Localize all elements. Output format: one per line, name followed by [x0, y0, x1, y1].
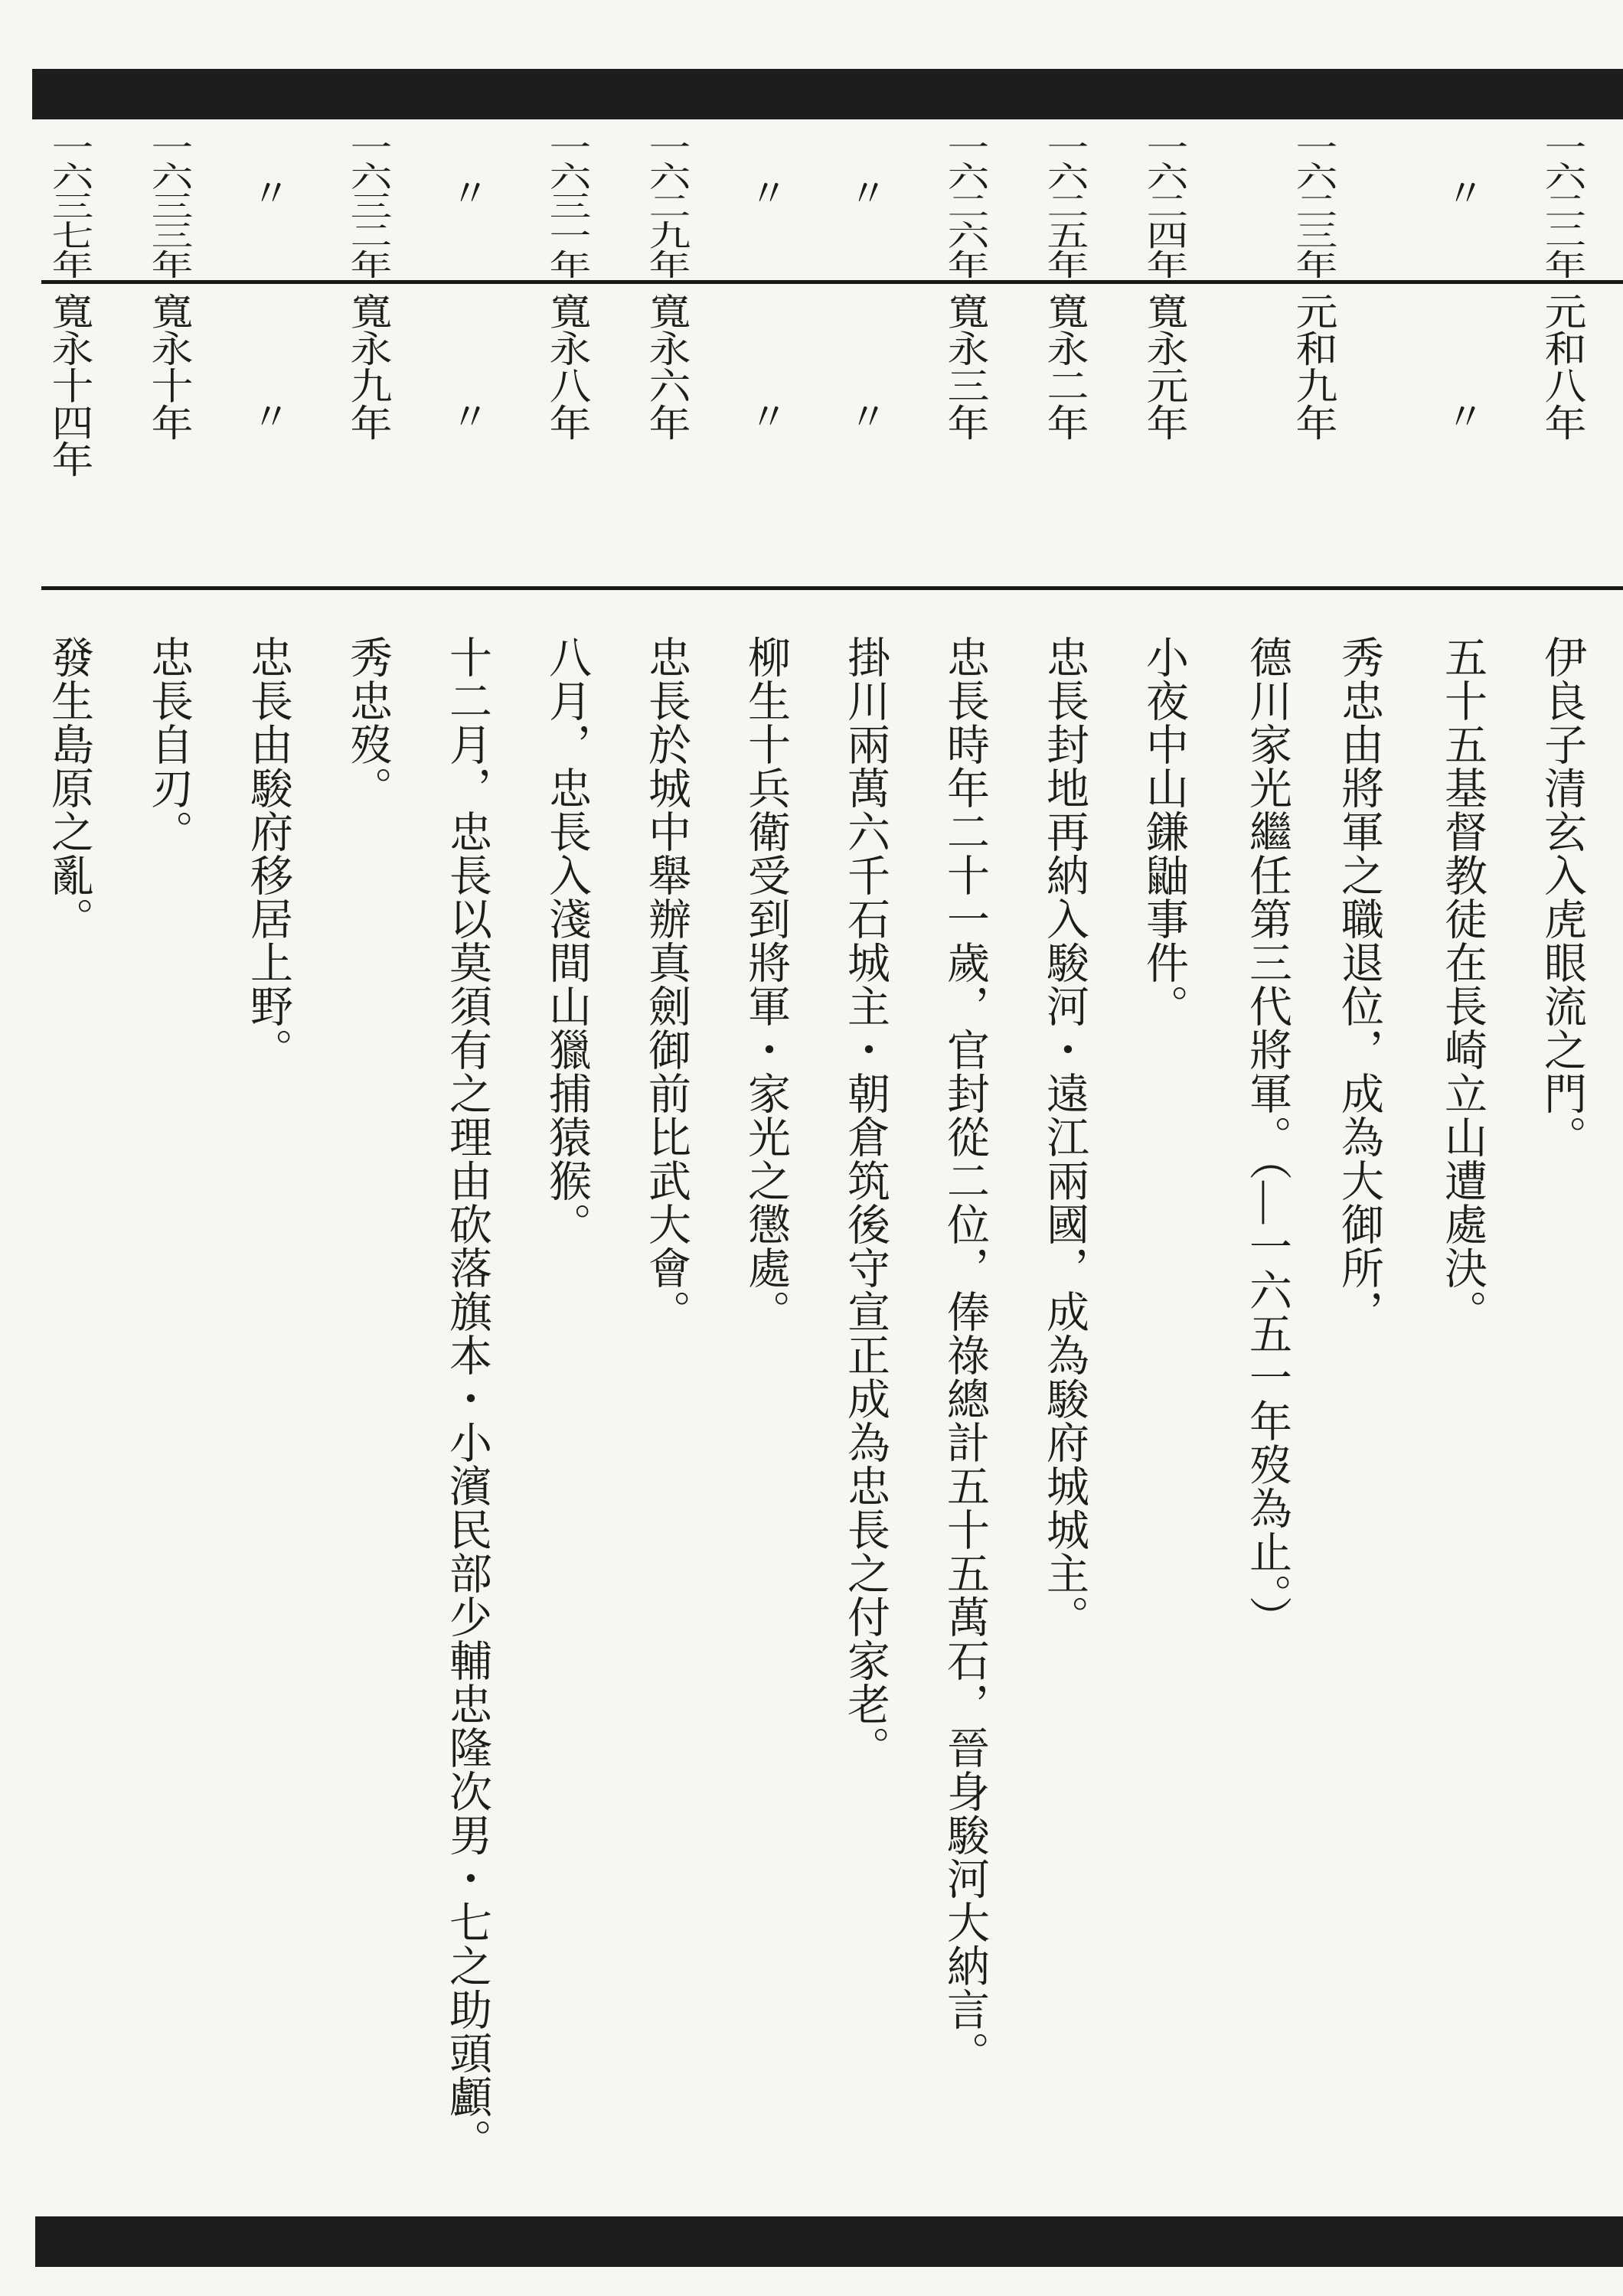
era-year-label: 寬永十年: [148, 292, 190, 441]
event-cell: 忠長自刃。: [119, 588, 218, 2216]
timeline-column: 〃 〃 五十五基督教徒在長崎立山遭處決。: [1412, 119, 1512, 2216]
timeline-column: 一六二四年 寬永元年 小夜中山鎌鼬事件。: [1114, 119, 1213, 2216]
era-year-label: 寬永元年: [1143, 292, 1185, 441]
event-line: 忠長自刃。: [122, 635, 214, 853]
event-text: 八月，忠長入淺間山獵捕猿猴。: [521, 635, 612, 1246]
event-cell: 八月，忠長入淺間山獵捕猿猴。: [517, 588, 616, 2216]
western-year-label: 一六二五年: [1043, 132, 1086, 279]
western-year-label: 〃: [249, 173, 287, 211]
era-year-label: 寬永六年: [645, 292, 687, 441]
event-text: 小夜中山鎌鼬事件。: [1118, 635, 1210, 1028]
era-year-cell: 寬永六年: [616, 282, 716, 588]
western-year-cell: 一六二五年: [1014, 119, 1114, 282]
timeline-column: 一六二三年 元和九年 秀忠由將軍之職退位，成為大御所，德川家光繼任第三代將軍。（…: [1213, 119, 1412, 2216]
event-line: 五十五基督教徒在長崎立山遭處決。: [1416, 635, 1508, 1333]
western-year-cell: 一六二四年: [1114, 119, 1213, 282]
event-line: 忠長時年二十一歲，官封從二位，俸祿總計五十五萬石，晉身駿河大納言。: [919, 635, 1011, 2075]
western-year-label: 一六三一年: [546, 132, 588, 279]
era-year-cell: 元和八年: [1512, 282, 1612, 588]
event-line: 忠長於城中舉辦真劍御前比武大會。: [620, 635, 712, 1333]
event-text: 忠長封地再納入駿河・遠江兩國，成為駿府城城主。: [1018, 635, 1110, 1639]
event-cell: 五十五基督教徒在長崎立山遭處決。: [1412, 588, 1512, 2216]
era-year-label: 元和八年: [1541, 292, 1583, 441]
event-text: 柳生十兵衛受到將軍・家光之懲處。: [720, 635, 811, 1333]
event-text: 忠長由駿府移居上野。: [222, 635, 314, 1071]
timeline-column: 〃 〃 十二月，忠長以莫須有之理由砍落旗本・小濱民部少輔忠隆次男・七之助頭顱。: [417, 119, 517, 2216]
timeline-column: 〃 〃 忠長由駿府移居上野。: [218, 119, 318, 2216]
era-year-label: 元和九年: [1292, 292, 1334, 441]
event-text: 伊良子清玄入虎眼流之門。: [1516, 635, 1608, 1159]
era-year-cell: 寬永三年: [915, 282, 1014, 588]
scanned-chronology-page: 一六二二年 元和八年 伊良子清玄入虎眼流之門。 〃 〃 五十五基督教徒在長崎立山…: [0, 0, 1623, 2296]
era-year-cell: 寬永元年: [1114, 282, 1213, 588]
event-cell: 小夜中山鎌鼬事件。: [1114, 588, 1213, 2216]
event-line: 秀忠由將軍之職退位，成為大御所，: [1313, 635, 1405, 1639]
event-text: 忠長自刃。: [122, 635, 214, 853]
event-line: 忠長由駿府移居上野。: [222, 635, 314, 1071]
event-cell: 忠長由駿府移居上野。: [218, 588, 318, 2216]
event-line: 掛川兩萬六千石城主・朝倉筑後守宣正成為忠長之付家老。: [819, 635, 911, 1769]
era-year-cell: 寬永十四年: [19, 282, 119, 588]
event-cell: 忠長於城中舉辦真劍御前比武大會。: [616, 588, 716, 2216]
western-year-cell: 一六二六年: [915, 119, 1014, 282]
event-text: 秀忠歿。: [322, 635, 413, 810]
timeline-column: 一六二九年 寬永六年 忠長於城中舉辦真劍御前比武大會。: [616, 119, 716, 2216]
western-year-cell: 〃: [716, 119, 815, 282]
top-black-bar: [32, 69, 1623, 119]
western-year-label: 〃: [448, 173, 486, 211]
event-cell: 發生島原之亂。: [19, 588, 119, 2216]
western-year-label: 一六三二年: [347, 132, 389, 279]
western-year-label: 一六二三年: [1292, 132, 1334, 279]
era-year-cell: 〃: [1412, 282, 1512, 588]
era-year-cell: 〃: [815, 282, 915, 588]
era-year-cell: 〃: [417, 282, 517, 588]
timeline-column: 一六三三年 寬永十年 忠長自刃。: [119, 119, 218, 2216]
event-text: 忠長時年二十一歲，官封從二位，俸祿總計五十五萬石，晉身駿河大納言。: [919, 635, 1011, 2075]
western-year-label: 一六二九年: [645, 132, 687, 279]
timeline-column: 〃 〃 掛川兩萬六千石城主・朝倉筑後守宣正成為忠長之付家老。: [815, 119, 915, 2216]
timeline-column: 一六二二年 元和八年 伊良子清玄入虎眼流之門。: [1512, 119, 1612, 2216]
era-year-cell: 寬永九年: [318, 282, 417, 588]
event-text: 五十五基督教徒在長崎立山遭處決。: [1416, 635, 1508, 1333]
era-year-cell: 寬永二年: [1014, 282, 1114, 588]
event-text: 忠長於城中舉辦真劍御前比武大會。: [620, 635, 712, 1333]
event-line: 十二月，忠長以莫須有之理由砍落旗本・小濱民部少輔忠隆次男・七之助頭顱。: [421, 635, 513, 2162]
era-year-cell: 〃: [716, 282, 815, 588]
western-year-label: 一六二二年: [1541, 132, 1583, 279]
event-cell: 秀忠歿。: [318, 588, 417, 2216]
western-year-cell: 〃: [815, 119, 915, 282]
event-line: 伊良子清玄入虎眼流之門。: [1516, 635, 1608, 1159]
event-line: 德川家光繼任第三代將軍。（―一六五一年歿為止。）: [1221, 635, 1313, 1639]
event-text: 掛川兩萬六千石城主・朝倉筑後守宣正成為忠長之付家老。: [819, 635, 911, 1769]
event-text: 發生島原之亂。: [23, 635, 115, 941]
event-text: 秀忠由將軍之職退位，成為大御所，德川家光繼任第三代將軍。（―一六五一年歿為止。）: [1221, 635, 1405, 1639]
era-year-label: 寬永九年: [347, 292, 389, 441]
era-year-label: 〃: [1443, 396, 1481, 435]
event-text: 十二月，忠長以莫須有之理由砍落旗本・小濱民部少輔忠隆次男・七之助頭顱。: [421, 635, 513, 2162]
event-cell: 十二月，忠長以莫須有之理由砍落旗本・小濱民部少輔忠隆次男・七之助頭顱。: [417, 588, 517, 2216]
era-year-label: 寬永三年: [944, 292, 986, 441]
event-cell: 柳生十兵衛受到將軍・家光之懲處。: [716, 588, 815, 2216]
era-year-label: 寬永十四年: [48, 292, 90, 478]
era-year-label: 寬永二年: [1043, 292, 1086, 441]
western-year-cell: 一六三二年: [318, 119, 417, 282]
event-cell: 伊良子清玄入虎眼流之門。: [1512, 588, 1612, 2216]
western-year-label: 〃: [1443, 173, 1481, 211]
era-year-label: 〃: [249, 396, 287, 435]
western-year-cell: 一六三一年: [517, 119, 616, 282]
timeline-column: 〃 〃 柳生十兵衛受到將軍・家光之懲處。: [716, 119, 815, 2216]
timeline-column: 一六三一年 寬永八年 八月，忠長入淺間山獵捕猿猴。: [517, 119, 616, 2216]
western-year-cell: 一六二九年: [616, 119, 716, 282]
event-line: 八月，忠長入淺間山獵捕猿猴。: [521, 635, 612, 1246]
era-year-cell: 寬永十年: [119, 282, 218, 588]
event-cell: 掛川兩萬六千石城主・朝倉筑後守宣正成為忠長之付家老。: [815, 588, 915, 2216]
era-year-label: 〃: [448, 396, 486, 435]
era-year-label: 〃: [846, 396, 884, 435]
western-year-label: 〃: [746, 173, 785, 211]
timeline-column: 一六二六年 寬永三年 忠長時年二十一歲，官封從二位，俸祿總計五十五萬石，晉身駿河…: [915, 119, 1014, 2216]
era-year-label: 〃: [746, 396, 785, 435]
timeline-column: 一六三七年 寬永十四年 發生島原之亂。: [19, 119, 119, 2216]
western-year-cell: 〃: [1412, 119, 1512, 282]
event-line: 發生島原之亂。: [23, 635, 115, 941]
western-year-label: 一六三七年: [48, 132, 90, 279]
western-year-cell: 一六二二年: [1512, 119, 1612, 282]
era-year-label: 寬永八年: [546, 292, 588, 441]
western-year-label: 〃: [846, 173, 884, 211]
western-year-cell: 一六三三年: [119, 119, 218, 282]
event-line: 小夜中山鎌鼬事件。: [1118, 635, 1210, 1028]
timeline-column: 一六三二年 寬永九年 秀忠歿。: [318, 119, 417, 2216]
event-line: 柳生十兵衛受到將軍・家光之懲處。: [720, 635, 811, 1333]
western-year-cell: 〃: [417, 119, 517, 282]
event-line: 秀忠歿。: [322, 635, 413, 810]
timeline-column: 一六二五年 寬永二年 忠長封地再納入駿河・遠江兩國，成為駿府城城主。: [1014, 119, 1114, 2216]
western-year-label: 一六二四年: [1143, 132, 1185, 279]
era-year-cell: 〃: [218, 282, 318, 588]
western-year-label: 一六三三年: [148, 132, 190, 279]
timeline-table: 一六二二年 元和八年 伊良子清玄入虎眼流之門。 〃 〃 五十五基督教徒在長崎立山…: [0, 119, 1623, 2216]
western-year-cell: 一六二三年: [1213, 119, 1412, 282]
bottom-black-bar: [35, 2216, 1623, 2267]
era-year-cell: 元和九年: [1213, 282, 1412, 588]
event-cell: 忠長封地再納入駿河・遠江兩國，成為駿府城城主。: [1014, 588, 1114, 2216]
western-year-cell: 一六三七年: [19, 119, 119, 282]
event-cell: 秀忠由將軍之職退位，成為大御所，德川家光繼任第三代將軍。（―一六五一年歿為止。）: [1213, 588, 1412, 2216]
event-line: 忠長封地再納入駿河・遠江兩國，成為駿府城城主。: [1018, 635, 1110, 1639]
event-cell: 忠長時年二十一歲，官封從二位，俸祿總計五十五萬石，晉身駿河大納言。: [915, 588, 1014, 2216]
era-year-cell: 寬永八年: [517, 282, 616, 588]
western-year-label: 一六二六年: [944, 132, 986, 279]
western-year-cell: 〃: [218, 119, 318, 282]
